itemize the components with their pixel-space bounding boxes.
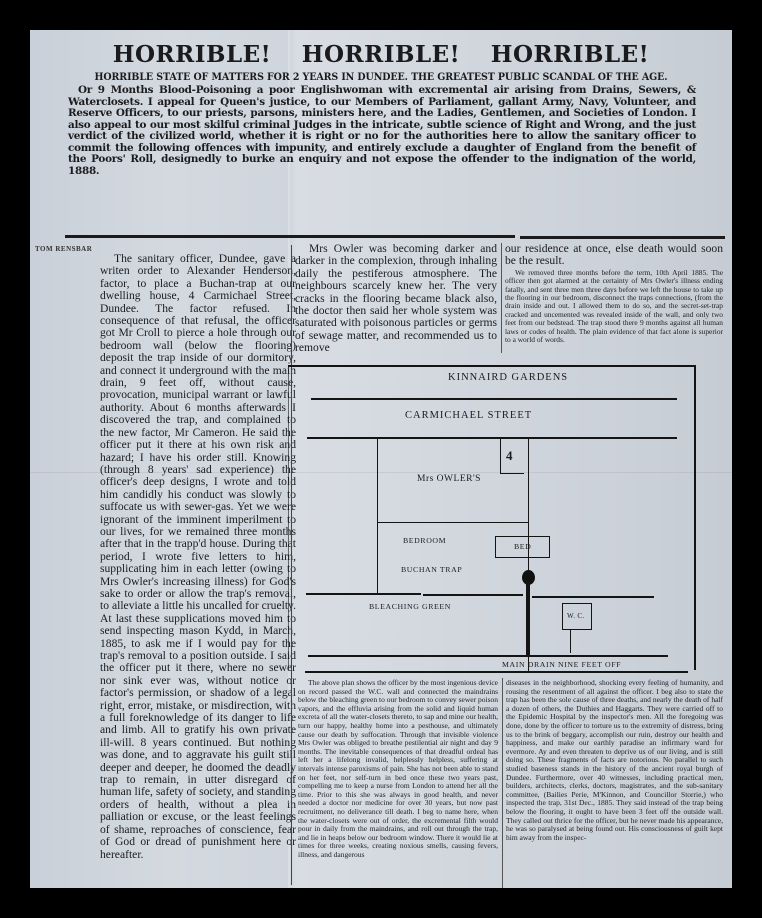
green-line-2 [423,594,523,596]
broadsheet-page: HORRIBLE! HORRIBLE! HORRIBLE! HORRIBLE S… [30,30,732,888]
street-line-2 [307,437,677,439]
bed-shape: BED [495,536,550,558]
label-kinnaird-gardens: KINNAIRD GARDENS [448,372,568,383]
bedroom-top-wall [378,522,528,523]
column-5: diseases in the neighborhood, shocking e… [506,679,723,842]
intro-paragraph: Or 9 Months Blood-Poisoning a poor Engli… [68,85,696,177]
trap-drain-pipe [526,582,530,655]
label-wc: W. C. [567,612,584,620]
column-1-text: The sanitary officer, Dundee, gave a wri… [100,253,296,861]
house-plan-diagram: KINNAIRD GARDENS CARMICHAEL STREET 4 Mrs… [285,360,730,678]
label-bed: BED [514,542,531,551]
house-left-wall [377,438,378,593]
number-box-left [500,438,501,474]
label-house-number: 4 [506,448,514,464]
label-mrs-owlers: Mrs OWLER'S [417,474,481,484]
label-bedroom: BEDROOM [403,536,446,545]
plan-bottom-border [305,671,688,673]
label-buchan-trap: BUCHAN TRAP [401,565,462,574]
column-divider-2 [501,243,502,353]
column-divider-3 [502,678,503,888]
header-rule-right [520,236,725,239]
column-2-text: Mrs Owler was becoming darker and darker… [295,243,497,355]
column-3: our residence at once, else death would … [505,243,723,344]
wc-drain-pipe [570,630,571,653]
street-line-1 [311,398,677,400]
number-box-bottom [500,473,524,474]
column-2: Mrs Owler was becoming darker and darker… [295,243,497,355]
plan-left-border [288,365,289,670]
column-5-text: diseases in the neighborhood, shocking e… [506,679,723,842]
wc-box: W. C. [562,603,592,630]
label-bleaching-green: BLEACHING GREEN [369,602,451,611]
column-3-text: We removed three months before the term,… [505,269,723,345]
header-rule-left [65,235,515,238]
main-drain-line [308,655,668,657]
column-3-lead: our residence at once, else death would … [505,243,723,268]
plan-top-border [288,365,696,367]
headline: HORRIBLE! HORRIBLE! HORRIBLE! [30,41,732,68]
label-main-drain: MAIN DRAIN NINE FEET OFF [502,660,621,669]
column-4-text: The above plan shows the officer by the … [298,679,498,859]
subheadline: HORRIBLE STATE OF MATTERS FOR 2 YEARS IN… [58,71,704,83]
column-4: The above plan shows the officer by the … [298,679,498,859]
label-carmichael-street: CARMICHAEL STREET [405,410,532,421]
column-1: The sanitary officer, Dundee, gave a wri… [100,253,296,861]
green-line-3 [532,596,654,598]
archive-stamp: TOM RENSBAR [35,245,92,253]
plan-right-border [694,365,696,670]
intro-appeal: Or 9 Months Blood-Poisoning a poor Engli… [68,85,696,177]
green-line-1 [306,593,421,595]
